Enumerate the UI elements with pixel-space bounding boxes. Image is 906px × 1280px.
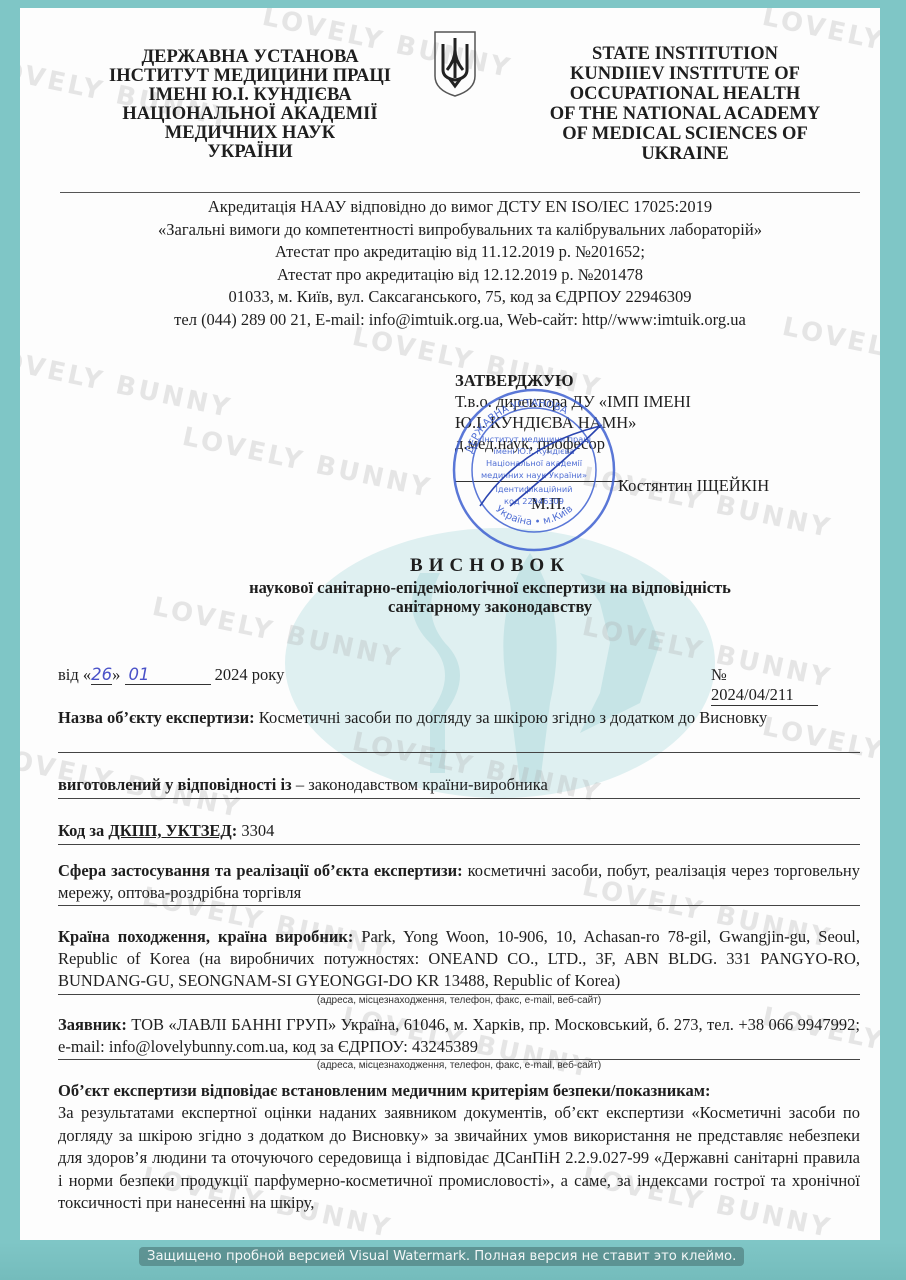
field-rule [58,905,860,906]
header-line: ІМЕНІ Ю.І. КУНДІЄВА [100,86,400,105]
conclusion-heading: Об’єкт експертизи відповідає встановлени… [58,1081,711,1100]
document-title: ВИСНОВОК наукової санітарно-епідеміологі… [170,554,810,616]
contact-line: тел (044) 289 00 21, E-mail: info@imtuik… [100,309,820,332]
accreditation-line: «Загальні вимоги до компетентності випро… [100,219,820,242]
title-main: ВИСНОВОК [170,554,810,578]
field-value: ТОВ «ЛАВЛІ БАННІ ГРУП» Україна, 61046, м… [58,1015,860,1056]
date-line: від «26» 01 2024 року № 2024/04/211 [58,665,818,685]
field-scope: Сфера застосування та реалізації об’єкта… [58,860,860,904]
field-value: – законодавством країни-виробника [292,775,548,794]
field-label: ДКПП, УКТЗЕД [108,821,231,840]
signatory-name: Костянтин ІЩЕЙКІН [618,475,769,496]
field-caption: (адреса, місцезнаходження, телефон, факс… [58,1060,860,1071]
header-line: STATE INSTITUTION [540,44,830,64]
header-line: НАЦІОНАЛЬНОЇ АКАДЕМІЇ [100,105,400,124]
header-line: ІНСТИТУТ МЕДИЦИНИ ПРАЦІ [100,67,400,86]
field-origin: Країна походження, країна виробник: Park… [58,926,860,992]
ukraine-trident-icon [432,30,478,98]
header-divider [60,192,860,193]
title-subtitle: санітарному законодавству [170,597,810,616]
watermark: LOVELY BUNNY [350,727,605,809]
field-applicant: Заявник: ТОВ «ЛАВЛІ БАННІ ГРУП» Україна,… [58,1014,860,1058]
accreditation-line: Атестат про акредитацію від 11.12.2019 р… [100,241,820,264]
field-label: виготовлений у відповідності із [58,775,292,794]
trial-watermark-banner: Защищено пробной версией Visual Watermar… [139,1247,744,1266]
svg-text:імені Ю.І. Кундієва: імені Ю.І. Кундієва [493,446,574,456]
field-caption: (адреса, місцезнаходження, телефон, факс… [58,995,860,1006]
field-label: Заявник: [58,1015,127,1034]
header-line: УКРАЇНИ [100,143,400,162]
field-manufactured: виготовлений у відповідності із – законо… [58,774,860,796]
header-line: OCCUPATIONAL HEALTH [540,84,830,104]
header-line: KUNDIIEV INSTITUTE OF [540,64,830,84]
date-sep: » [112,665,120,684]
field-code: Код за ДКПП, УКТЗЕД: 3304 [58,820,860,842]
field-rule [58,844,860,845]
field-label: Сфера застосування та реалізації об’єкта… [58,861,463,880]
field-rule [58,798,860,799]
field-object-name: Назва об’єкту експертизи: Косметичні зас… [58,707,860,729]
date-day: 26 [91,665,112,685]
institution-name-en: STATE INSTITUTION KUNDIIEV INSTITUTE OF … [540,44,830,164]
title-subtitle: наукової санітарно-епідеміологічної експ… [170,578,810,597]
svg-text:медичних наук України»: медичних наук України» [481,470,587,480]
document-number: № 2024/04/211 [711,665,818,706]
watermark: LOVELY BUNNY [180,422,435,504]
date-month: 01 [125,665,211,685]
field-label: Код за [58,821,108,840]
address-line: 01033, м. Київ, вул. Саксаганського, 75,… [100,286,820,309]
document-page: LOVELY BUNNY LOVELY BUNNY LOVELY BUNNY L… [20,8,880,1240]
svg-text:«Інститут медицини праці: «Інститут медицини праці [477,434,591,444]
header-line: UKRAINE [540,144,830,164]
field-label: Назва об’єкту експертизи: [58,708,255,727]
header-line: МЕДИЧНИХ НАУК [100,124,400,143]
field-value: 3304 [237,821,274,840]
institution-name-ua: ДЕРЖАВНА УСТАНОВА ІНСТИТУТ МЕДИЦИНИ ПРАЦ… [100,48,400,162]
field-value: Косметичні засоби по догляду за шкірою з… [255,708,768,727]
field-rule [58,752,860,753]
svg-text:Національної академії: Національної академії [486,458,583,468]
conclusion-section: Об’єкт експертизи відповідає встановлени… [58,1080,860,1215]
date-year: 2024 року [215,665,285,684]
header-line: OF THE NATIONAL ACADEMY [540,104,830,124]
date-prefix: від « [58,665,91,684]
watermark: LOVELY BUNNY [20,342,235,424]
official-seal-stamp: ДЕРЖАВНА УСТАНОВА Україна • м.Київ «Інст… [450,386,618,554]
accreditation-line: Акредитація НААУ відповідно до вимог ДСТ… [100,196,820,219]
accreditation-block: Акредитація НААУ відповідно до вимог ДСТ… [100,196,820,331]
header-line: OF MEDICAL SCIENCES OF [540,124,830,144]
accreditation-line: Атестат про акредитацію від 12.12.2019 р… [100,264,820,287]
header-line: ДЕРЖАВНА УСТАНОВА [100,48,400,67]
field-label: Країна походження, країна виробник: [58,927,353,946]
conclusion-body: За результатами експертної оцінки надани… [58,1102,860,1215]
